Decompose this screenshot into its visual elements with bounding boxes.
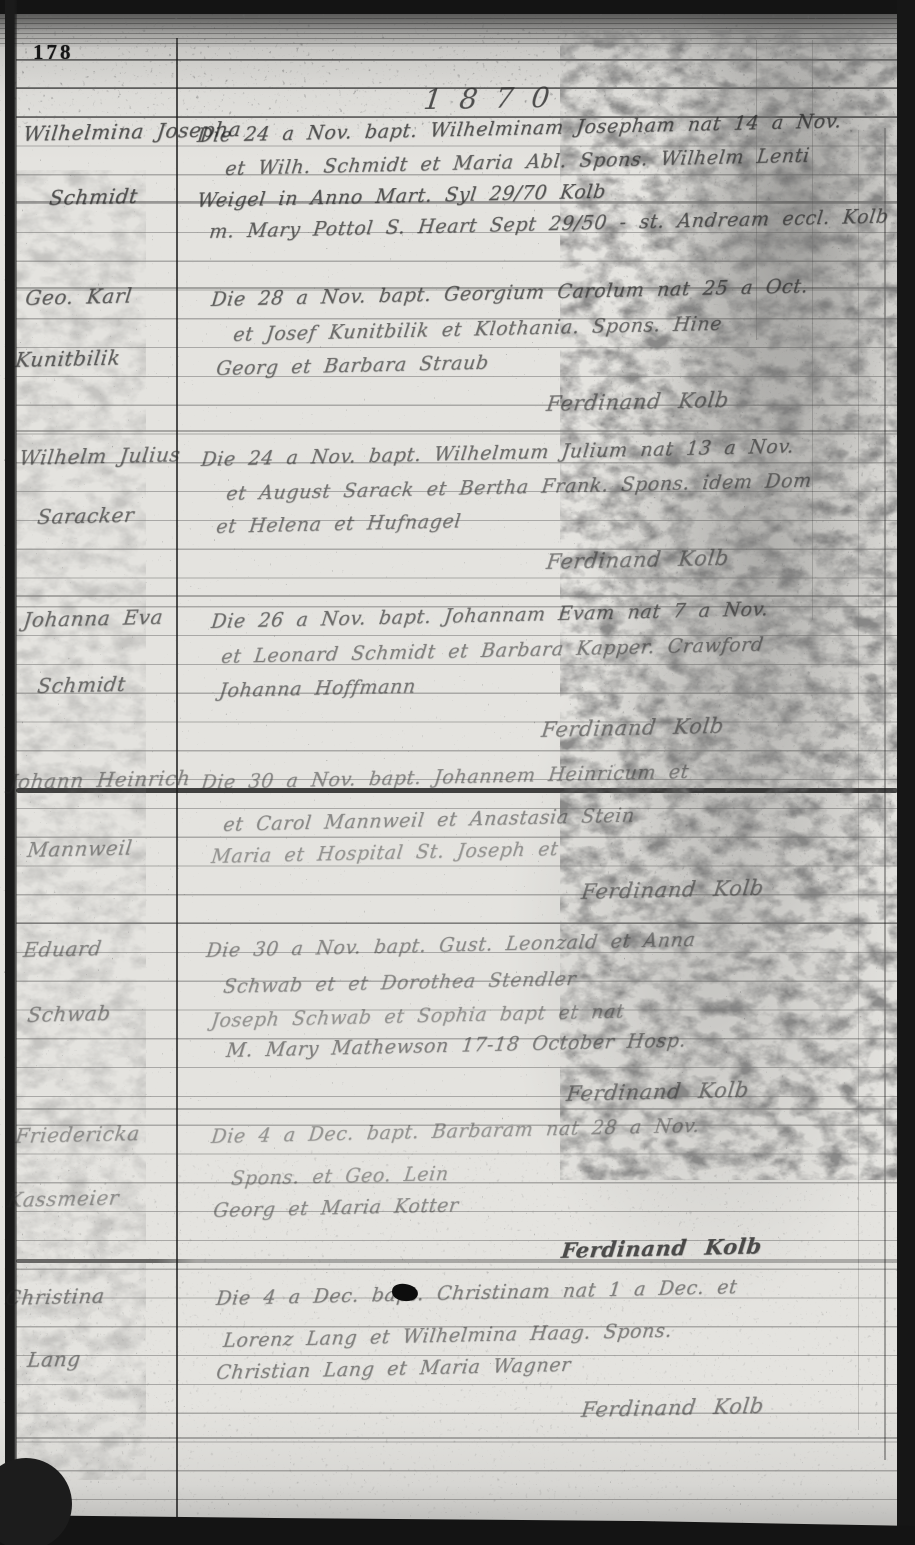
entry-signature: Ferdinand Kolb: [580, 876, 765, 904]
entry-margin-name-line2: Saracker: [36, 503, 136, 529]
entry-signature: Ferdinand Kolb: [580, 1394, 765, 1422]
ruled-line-heavy: [16, 922, 898, 924]
column-rule-right: [884, 128, 886, 1460]
entry-margin-name-line1: Eduard: [22, 936, 103, 962]
ruled-line-heavy: [16, 430, 898, 432]
column-rule-faint: [858, 130, 859, 1430]
year-heading: 1870: [422, 81, 570, 116]
scan-border-top: [0, 0, 915, 14]
entry-margin-name-line2: Schmidt: [36, 672, 127, 698]
ruled-line-heavy: [16, 59, 898, 61]
entry-signature: Ferdinand Kolb: [545, 388, 730, 416]
entry-margin-name-line1: Johann Heinrich: [8, 766, 192, 794]
ruled-line-heavy: [16, 595, 898, 597]
entry-margin-name-line2: Mannweil: [26, 836, 134, 862]
entry-margin-name-line1: Friedericka: [14, 1121, 141, 1148]
entry-margin-name-line2: Lang: [26, 1347, 82, 1372]
ruled-line-heavy: [16, 1437, 898, 1439]
entry-margin-name-line1: Johanna Eva: [22, 605, 165, 632]
scan-border-right: [897, 0, 915, 1545]
page-number: 178: [33, 40, 74, 65]
scan-top-smudge: [0, 13, 915, 47]
entry-margin-name-line1: Christina: [4, 1284, 106, 1310]
ruled-line-heavy: [16, 1108, 898, 1110]
entry-signature: Ferdinand Kolb: [540, 714, 725, 742]
entry-signature: Ferdinand Kolb: [545, 546, 730, 574]
entry-margin-name-line2: Kunitbilik: [14, 346, 122, 372]
entry-signature: Ferdinand Kolb: [560, 1233, 763, 1263]
entry-margin-name-line2: Schwab: [26, 1001, 112, 1027]
entry-body-line: Johanna Hoffmann: [218, 676, 417, 702]
scanned-register-page: 178 1870 Wilhelmina Josepha Schmidt Die …: [0, 0, 915, 1545]
entry-margin-name-line2: Kassmeier: [6, 1185, 121, 1212]
entry-margin-name-line1: Wilhelm Julius: [18, 442, 182, 470]
entry-signature: Ferdinand Kolb: [565, 1078, 750, 1106]
smear-line: [16, 1259, 898, 1263]
entry-margin-name-line1: Geo. Karl: [24, 284, 134, 310]
entry-margin-name-line2: Schmidt: [48, 184, 139, 210]
